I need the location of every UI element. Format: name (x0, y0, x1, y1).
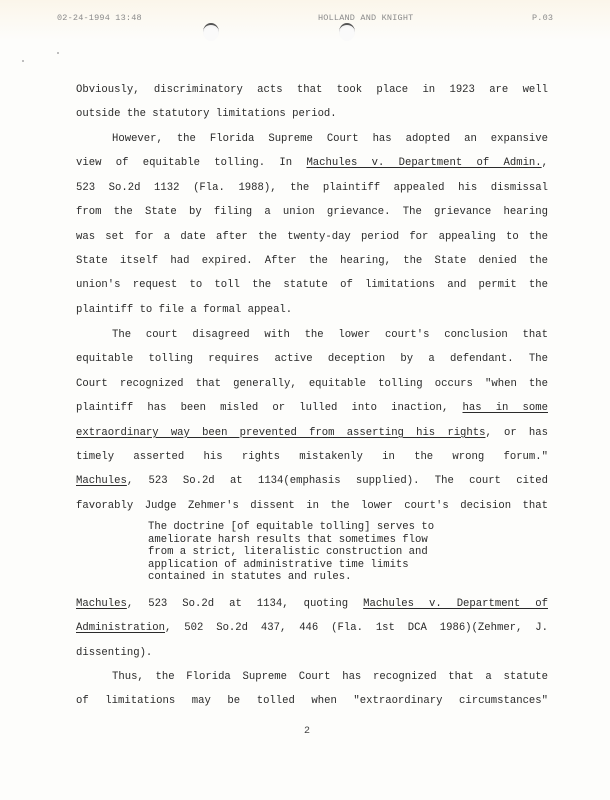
quote-line: ameliorate harsh results that sometimes … (148, 534, 488, 547)
quote-line: from a strict, literalistic construction… (148, 546, 488, 559)
emphasized-text: extraordinary way been prevented from as… (76, 427, 485, 439)
text-run: , or has (485, 427, 548, 439)
case-citation: Machules (76, 598, 127, 610)
text-line: union's request to toll the statute of l… (76, 273, 548, 297)
text-line: However, the Florida Supreme Court has a… (76, 127, 548, 151)
text-line: Thus, the Florida Supreme Court has reco… (76, 665, 548, 689)
emphasized-text: has in some (462, 402, 548, 414)
text-line: outside the statutory limitations period… (76, 102, 548, 126)
text-line: extraordinary way been prevented from as… (76, 421, 548, 445)
quote-line: contained in statutes and rules. (148, 571, 488, 584)
text-run: , 523 So.2d at 1134, quoting (127, 598, 363, 610)
text-line: The court disagreed with the lower court… (76, 323, 548, 347)
text-line: was set for a date after the twenty-day … (76, 225, 548, 249)
text-line: Obviously, discriminatory acts that took… (76, 78, 548, 102)
text-line: from the State by filing a union grievan… (76, 200, 548, 224)
paragraph-3: The court disagreed with the lower court… (76, 323, 548, 518)
text-run: , 523 So.2d at 1134(emphasis supplied). … (127, 475, 548, 487)
case-citation: Machules v. Department of Admin. (306, 157, 541, 169)
text-line: Machules, 523 So.2d at 1134, quoting Mac… (76, 592, 548, 616)
text-line: Court recognized that generally, equitab… (76, 372, 548, 396)
text-line: plaintiff to file a formal appeal. (76, 298, 548, 322)
fax-page-number: P.03 (532, 13, 553, 23)
text-line: of limitations may be tolled when "extra… (76, 689, 548, 713)
scan-speck (22, 60, 24, 62)
text-run: , (542, 157, 548, 169)
text-line: Administration, 502 So.2d 437, 446 (Fla.… (76, 616, 548, 640)
hole-punch-icon (203, 23, 219, 41)
paragraph-2: However, the Florida Supreme Court has a… (76, 127, 548, 322)
fax-header: 02-24-1994 13:48 HOLLAND AND KNIGHT P.03 (0, 13, 610, 27)
text-line: 523 So.2d 1132 (Fla. 1988), the plaintif… (76, 176, 548, 200)
text-line: Machules, 523 So.2d at 1134(emphasis sup… (76, 469, 548, 493)
paragraph-5: Thus, the Florida Supreme Court has reco… (76, 665, 548, 714)
block-quote: The doctrine [of equitable tolling] serv… (148, 521, 488, 584)
case-citation: Machules (76, 475, 127, 487)
text-line: equitable tolling requires active decept… (76, 347, 548, 371)
fax-firm-name: HOLLAND AND KNIGHT (318, 13, 413, 23)
fax-date-time: 02-24-1994 13:48 (57, 13, 142, 23)
text-line: favorably Judge Zehmer's dissent in the … (76, 494, 548, 518)
text-run: , 502 So.2d 437, 446 (Fla. 1st DCA 1986)… (165, 622, 548, 634)
citation-paragraph: Machules, 523 So.2d at 1134, quoting Mac… (76, 592, 548, 665)
text-line: timely asserted his rights mistakenly in… (76, 445, 548, 469)
text-line: dissenting). (76, 641, 548, 665)
paragraph-1: Obviously, discriminatory acts that took… (76, 78, 548, 127)
text-line: plaintiff has been misled or lulled into… (76, 396, 548, 420)
text-line: view of equitable tolling. In Machules v… (76, 151, 548, 175)
quote-line: The doctrine [of equitable tolling] serv… (148, 521, 488, 534)
text-run: view of equitable tolling. In (76, 157, 306, 169)
scan-speck (57, 52, 59, 54)
case-citation: Machules v. Department of (363, 598, 548, 610)
quote-line: application of administrative time limit… (148, 559, 488, 572)
case-citation: Administration (76, 622, 165, 634)
hole-punch-icon (339, 23, 355, 41)
text-line: State itself had expired. After the hear… (76, 249, 548, 273)
text-run: plaintiff has been misled or lulled into… (76, 402, 462, 414)
page-number: 2 (304, 726, 310, 737)
